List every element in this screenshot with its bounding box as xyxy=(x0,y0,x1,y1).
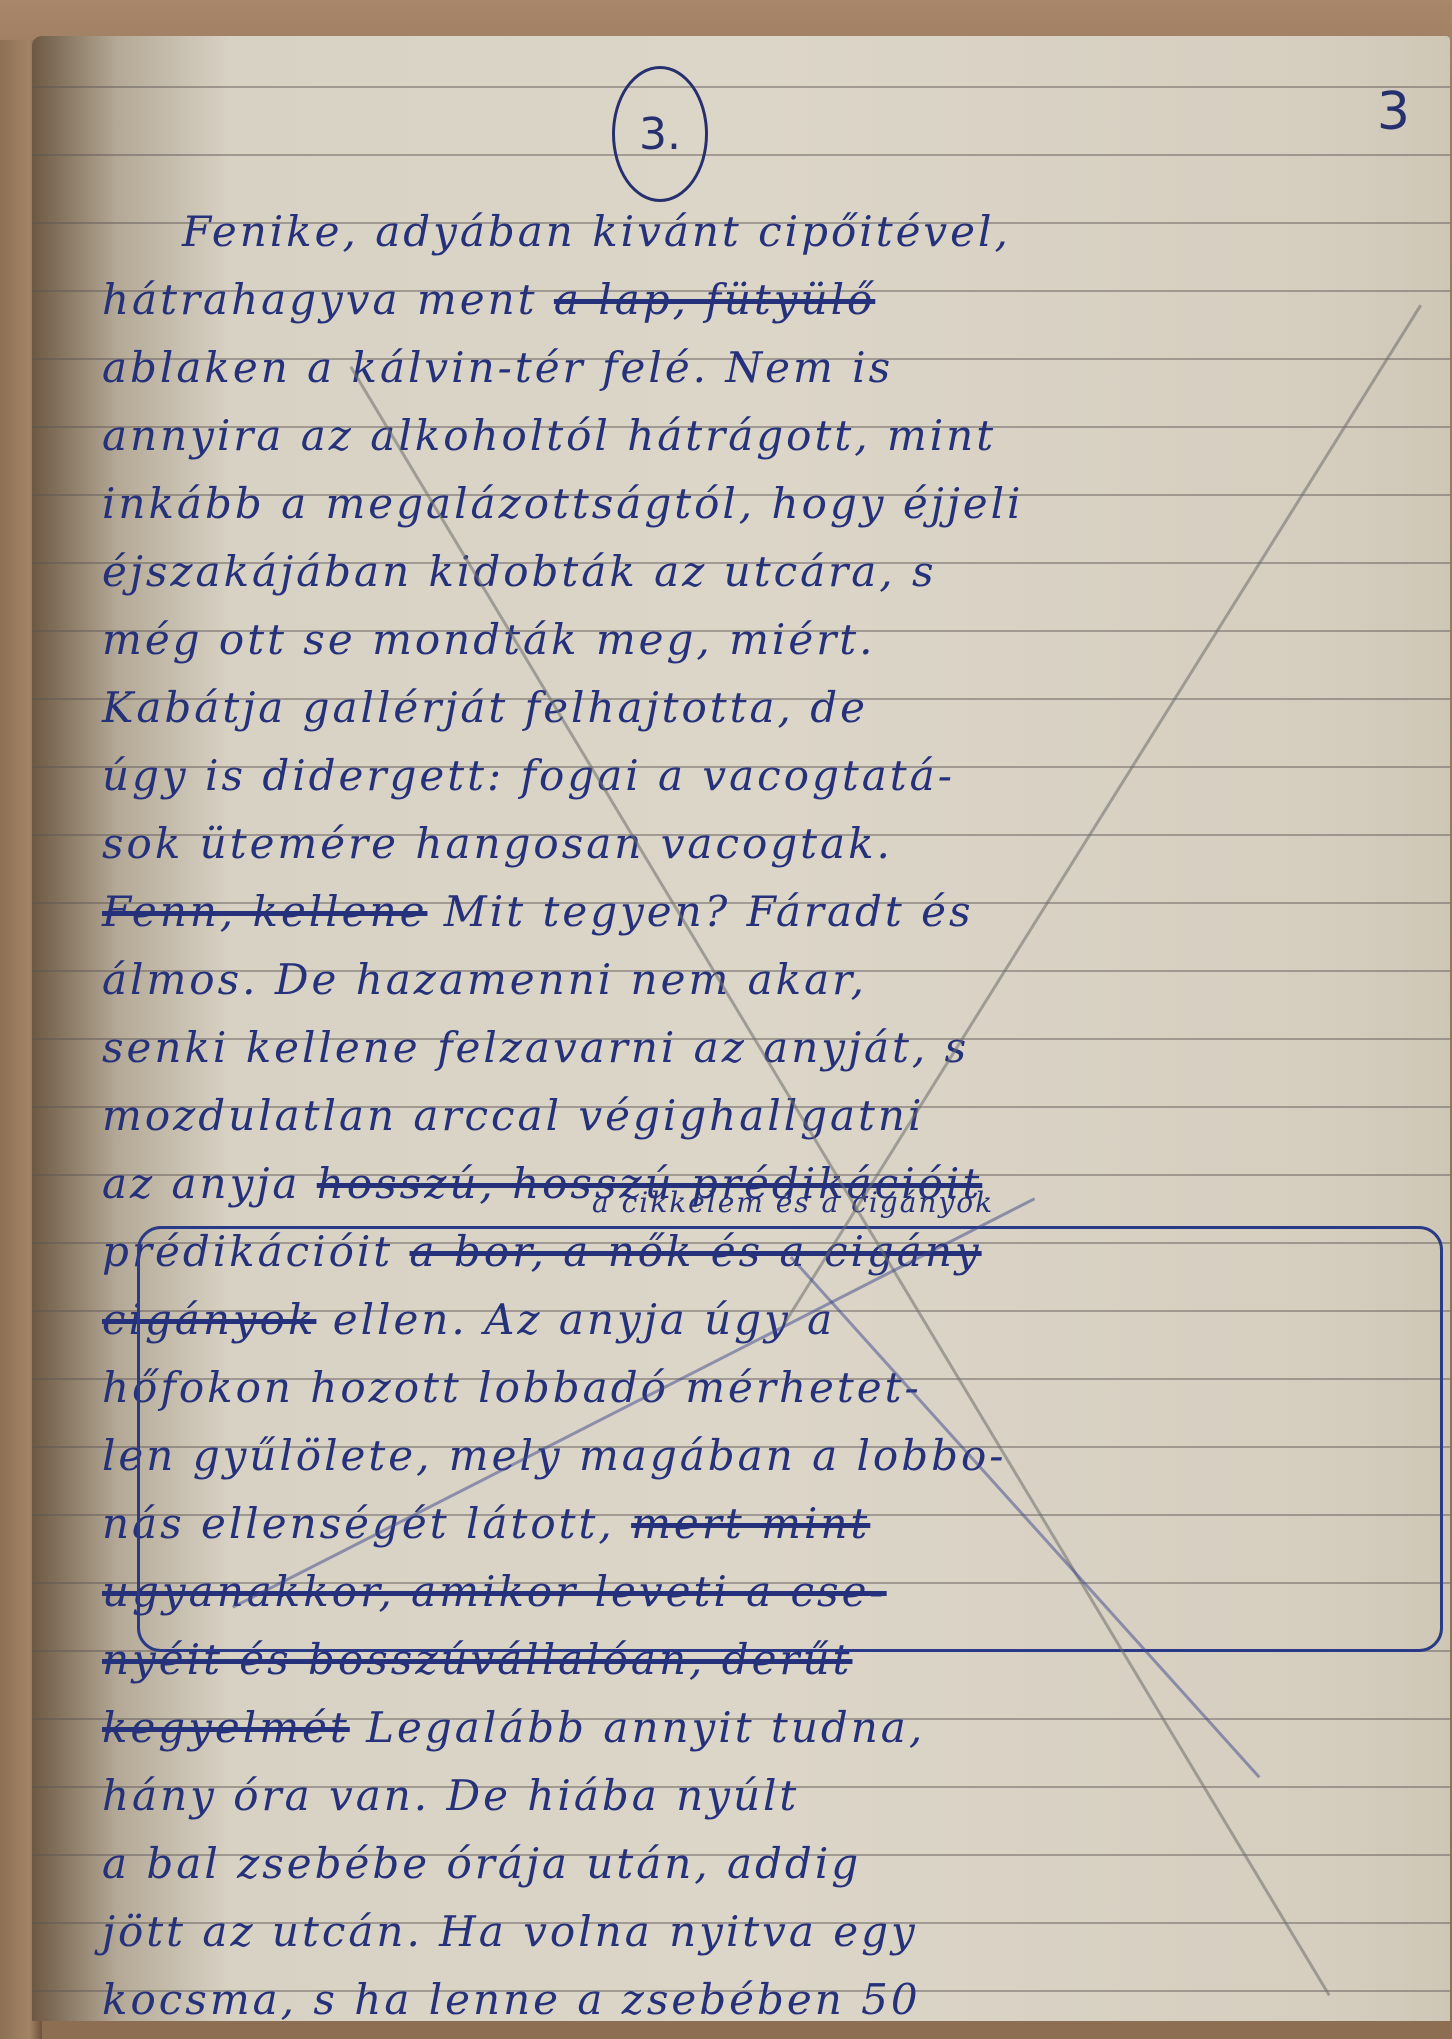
circled-chapter-number: 3. xyxy=(612,66,708,202)
manuscript-line-24: hány óra van. De hiába nyúlt xyxy=(102,1760,1390,1832)
struck-text: Fenn, kellene xyxy=(102,887,427,936)
manuscript-line-2: hátrahagyva ment a lap, fütyülő xyxy=(102,264,1390,336)
ruled-line xyxy=(32,86,1450,88)
manuscript-line-4: annyira az alkoholtól hátrágott, mint xyxy=(102,400,1390,472)
manuscript-line-5: inkább a megalázottságtól, hogy éjjeli xyxy=(102,468,1390,540)
struck-text: kegyelmét xyxy=(102,1703,350,1752)
manuscript-line-25: a bal zsebébe órája után, addig xyxy=(102,1828,1390,1900)
manuscript-line-14: mozdulatlan arccal végighallgatni xyxy=(102,1080,1390,1152)
page-number: 3 xyxy=(1377,82,1410,142)
manuscript-line-8: Kabátja gallérját felhajtotta, de xyxy=(102,672,1390,744)
manuscript-line-27: kocsma, s ha lenne a zsebében 50 xyxy=(102,1964,1390,2021)
manuscript-line-26: jött az utcán. Ha volna nyitva egy xyxy=(102,1896,1390,1968)
manuscript-line-6: éjszakájában kidobták az utcára, s xyxy=(102,536,1390,608)
manuscript-line-23: kegyelmét Legalább annyit tudna, xyxy=(102,1692,1390,1764)
manuscript-line-10: sok ütemére hangosan vacogtak. xyxy=(102,808,1390,880)
interlinear-insert: a cikkelem és a cigányok xyxy=(592,1186,994,1219)
ruled-line xyxy=(32,154,1450,156)
manuscript-line-12: álmos. De hazamenni nem akar, xyxy=(102,944,1390,1016)
manuscript-line-11: Fenn, kellene Mit tegyen? Fáradt és xyxy=(102,876,1390,948)
manuscript-line-9: úgy is didergett: fogai a vacogtatá- xyxy=(102,740,1390,812)
boxed-deleted-passage xyxy=(137,1226,1443,1652)
manuscript-line-1: Fenike, adyában kivánt cipőitével, xyxy=(182,196,1390,268)
chapter-number-text: 3. xyxy=(615,109,705,160)
struck-text: a lap, fütyülő xyxy=(554,275,875,324)
notebook-page: 3. 3 Fenike, adyában kivánt cipőitével, … xyxy=(32,36,1450,2021)
manuscript-line-3: ablaken a kálvin-tér felé. Nem is xyxy=(102,332,1390,404)
